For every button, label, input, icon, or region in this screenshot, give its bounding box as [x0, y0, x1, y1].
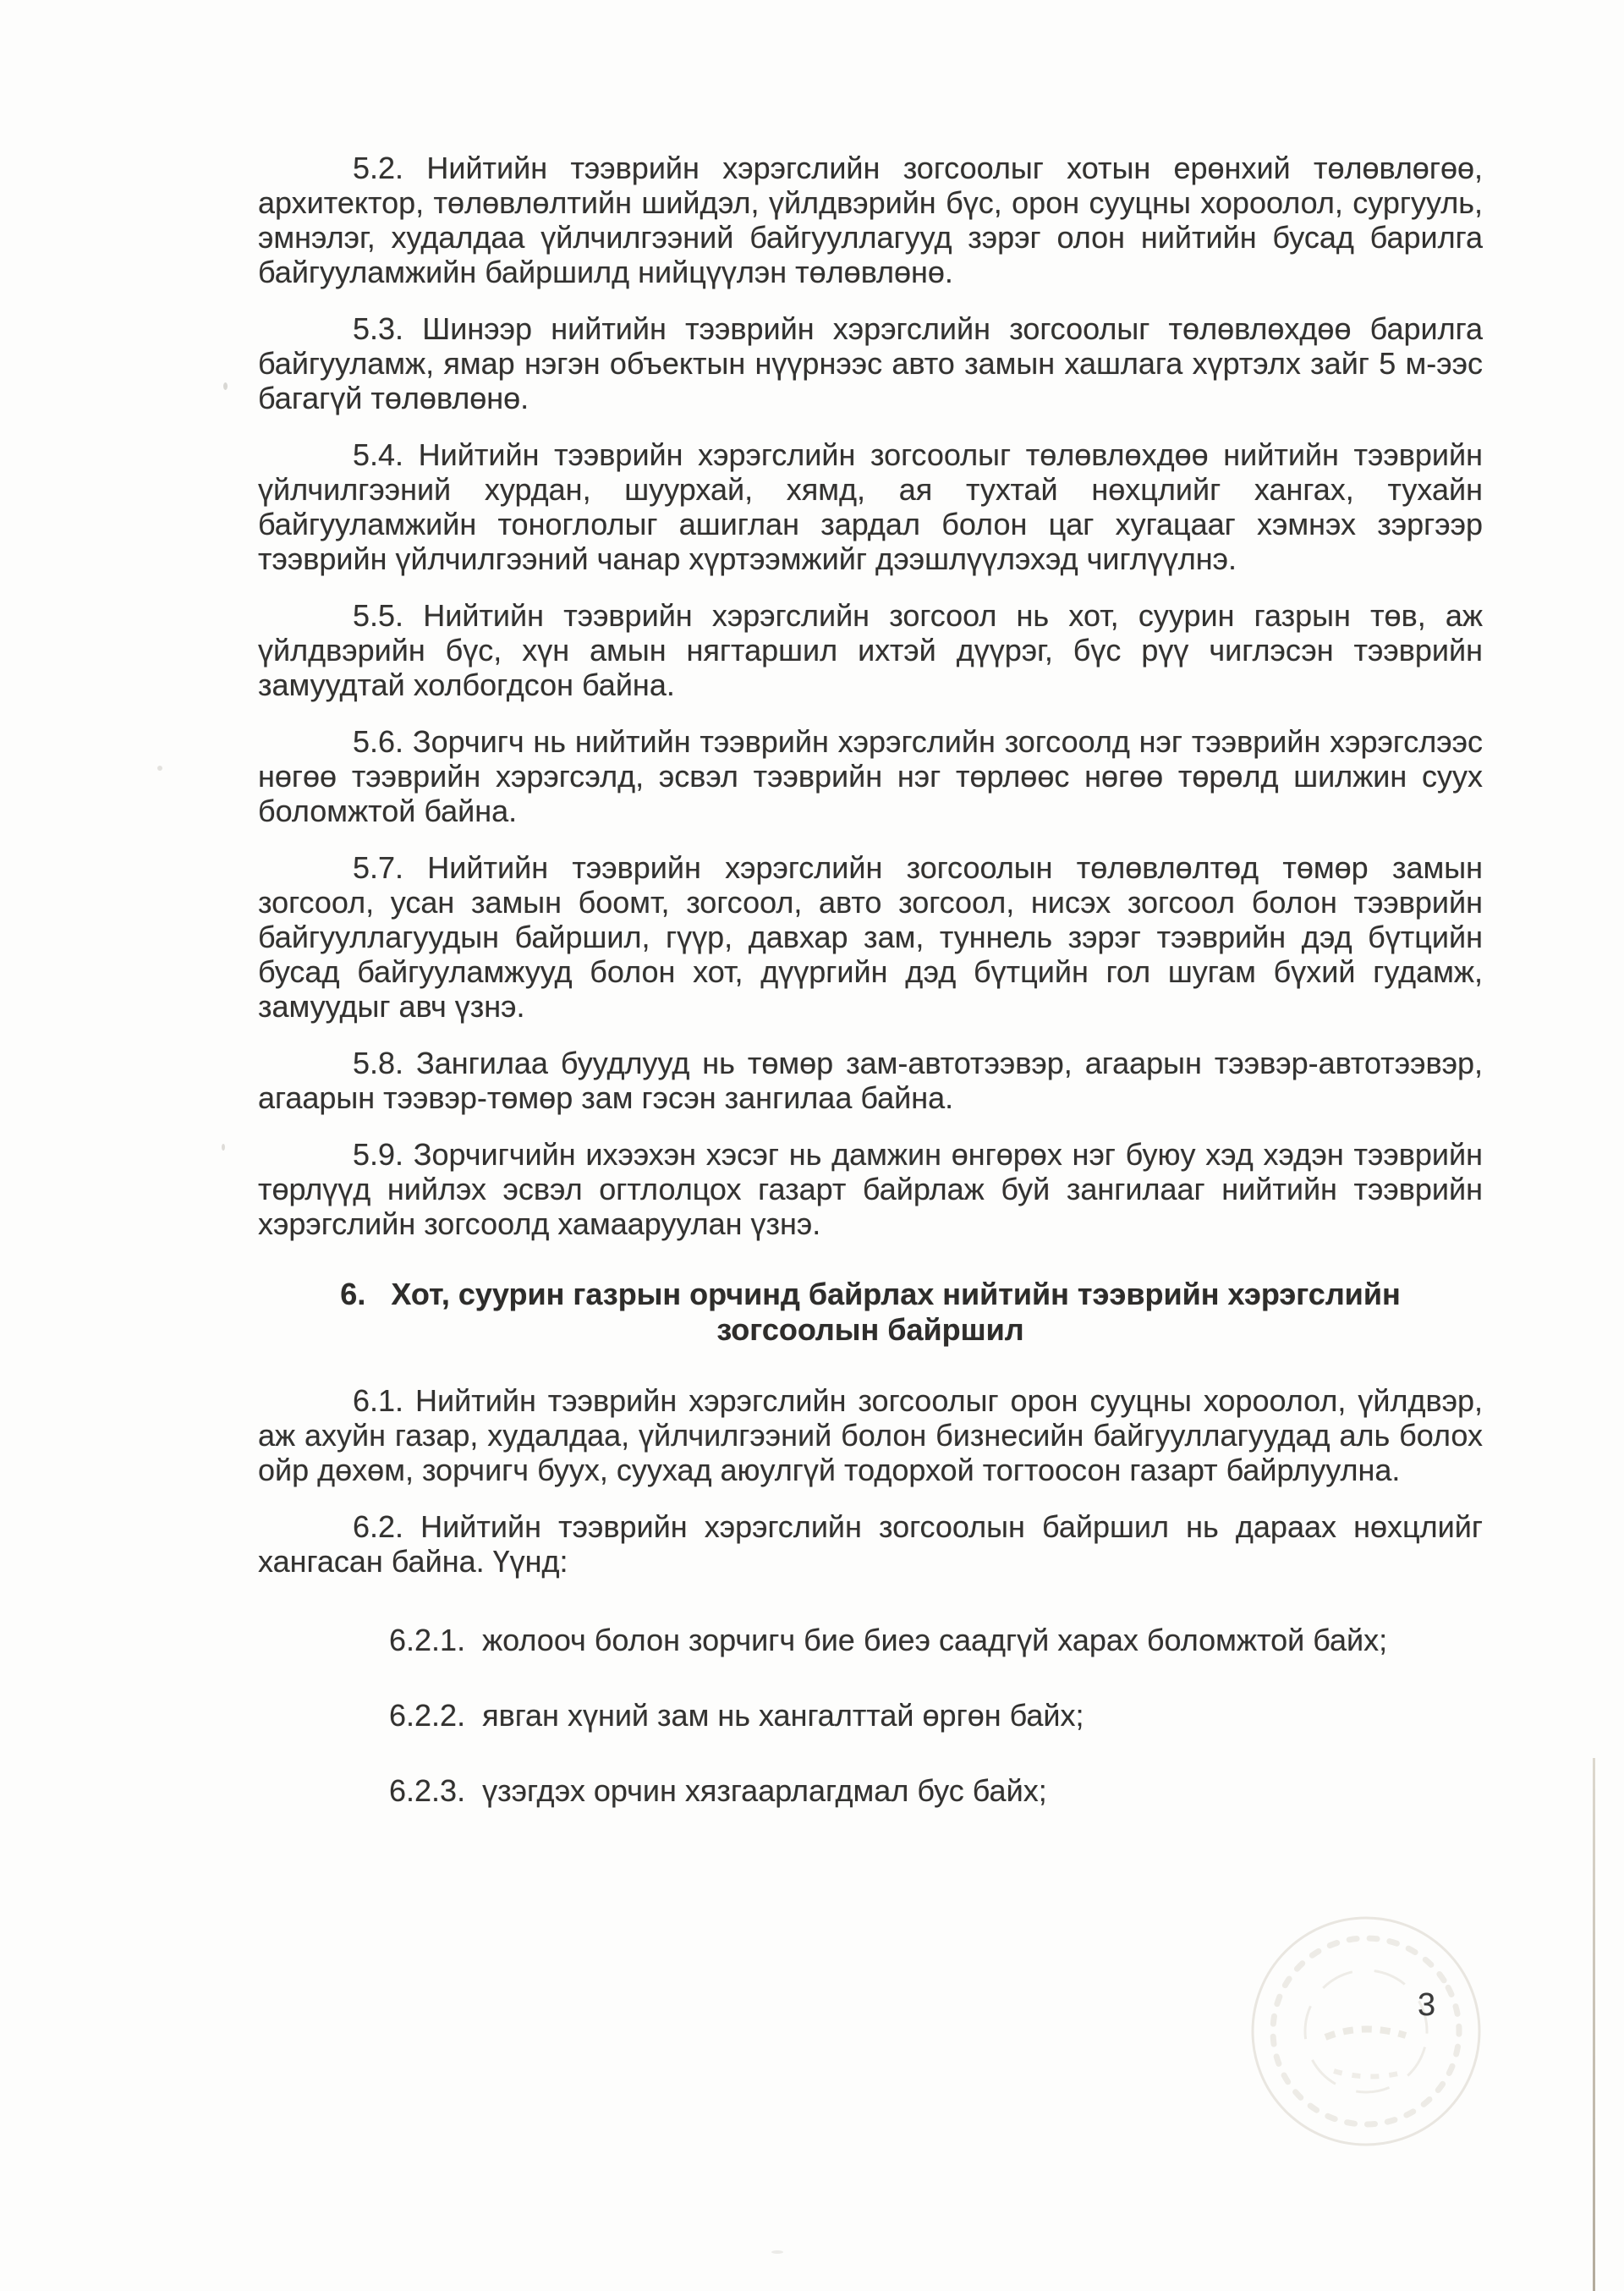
list-item-6-2-3: 6.2.3. үзэгдэх орчин хязгаарлагдмал бус … [389, 1773, 1483, 1808]
scan-speck [157, 766, 162, 771]
scan-speck [222, 1144, 225, 1151]
text-block: 5.2. Нийтийн тээврийн хэрэгслийн зогсоол… [258, 151, 1483, 1808]
paragraph-5-9: 5.9. Зорчигчийн ихээхэн хэсэг нь дамжин … [258, 1137, 1483, 1241]
scanned-document-page: 5.2. Нийтийн тээврийн хэрэгслийн зогсоол… [0, 0, 1624, 2291]
stamp-watermark [1245, 1910, 1487, 2152]
scan-speck [223, 382, 228, 390]
paragraph-5-2: 5.2. Нийтийн тээврийн хэрэгслийн зогсоол… [258, 151, 1483, 289]
paragraph-5-5: 5.5. Нийтийн тээврийн хэрэгслийн зогсоол… [258, 598, 1483, 702]
paragraph-5-8: 5.8. Зангилаа буудлууд нь төмөр зам-авто… [258, 1046, 1483, 1115]
page-number: 3 [1418, 1986, 1435, 2024]
paragraph-6-2: 6.2. Нийтийн тээврийн хэрэгслийн зогсоол… [258, 1509, 1483, 1579]
paragraph-5-7: 5.7. Нийтийн тээврийн хэрэгслийн зогсоол… [258, 850, 1483, 1024]
scanner-streak-artifact [1593, 1758, 1595, 2291]
section-6-heading: 6. Хот, суурин газрын орчинд байрлах ний… [258, 1277, 1483, 1348]
list-item-6-2-1: 6.2.1. жолооч болон зорчигч бие биеэ саа… [389, 1623, 1483, 1657]
paragraph-5-6: 5.6. Зорчигч нь нийтийн тээврийн хэрэгсл… [258, 724, 1483, 828]
paragraph-5-4: 5.4. Нийтийн тээврийн хэрэгслийн зогсоол… [258, 437, 1483, 576]
scan-speck [771, 2250, 783, 2254]
list-item-6-2-2: 6.2.2. явган хүний зам нь хангалттай өрг… [389, 1698, 1483, 1733]
paragraph-5-3: 5.3. Шинээр нийтийн тээврийн хэрэгслийн … [258, 311, 1483, 415]
paragraph-6-1: 6.1. Нийтийн тээврийн хэрэгслийн зогсоол… [258, 1383, 1483, 1487]
section-6-heading-line2: зогсоолын байршил [258, 1312, 1483, 1348]
section-6-heading-line1: 6. Хот, суурин газрын орчинд байрлах ний… [258, 1277, 1483, 1312]
